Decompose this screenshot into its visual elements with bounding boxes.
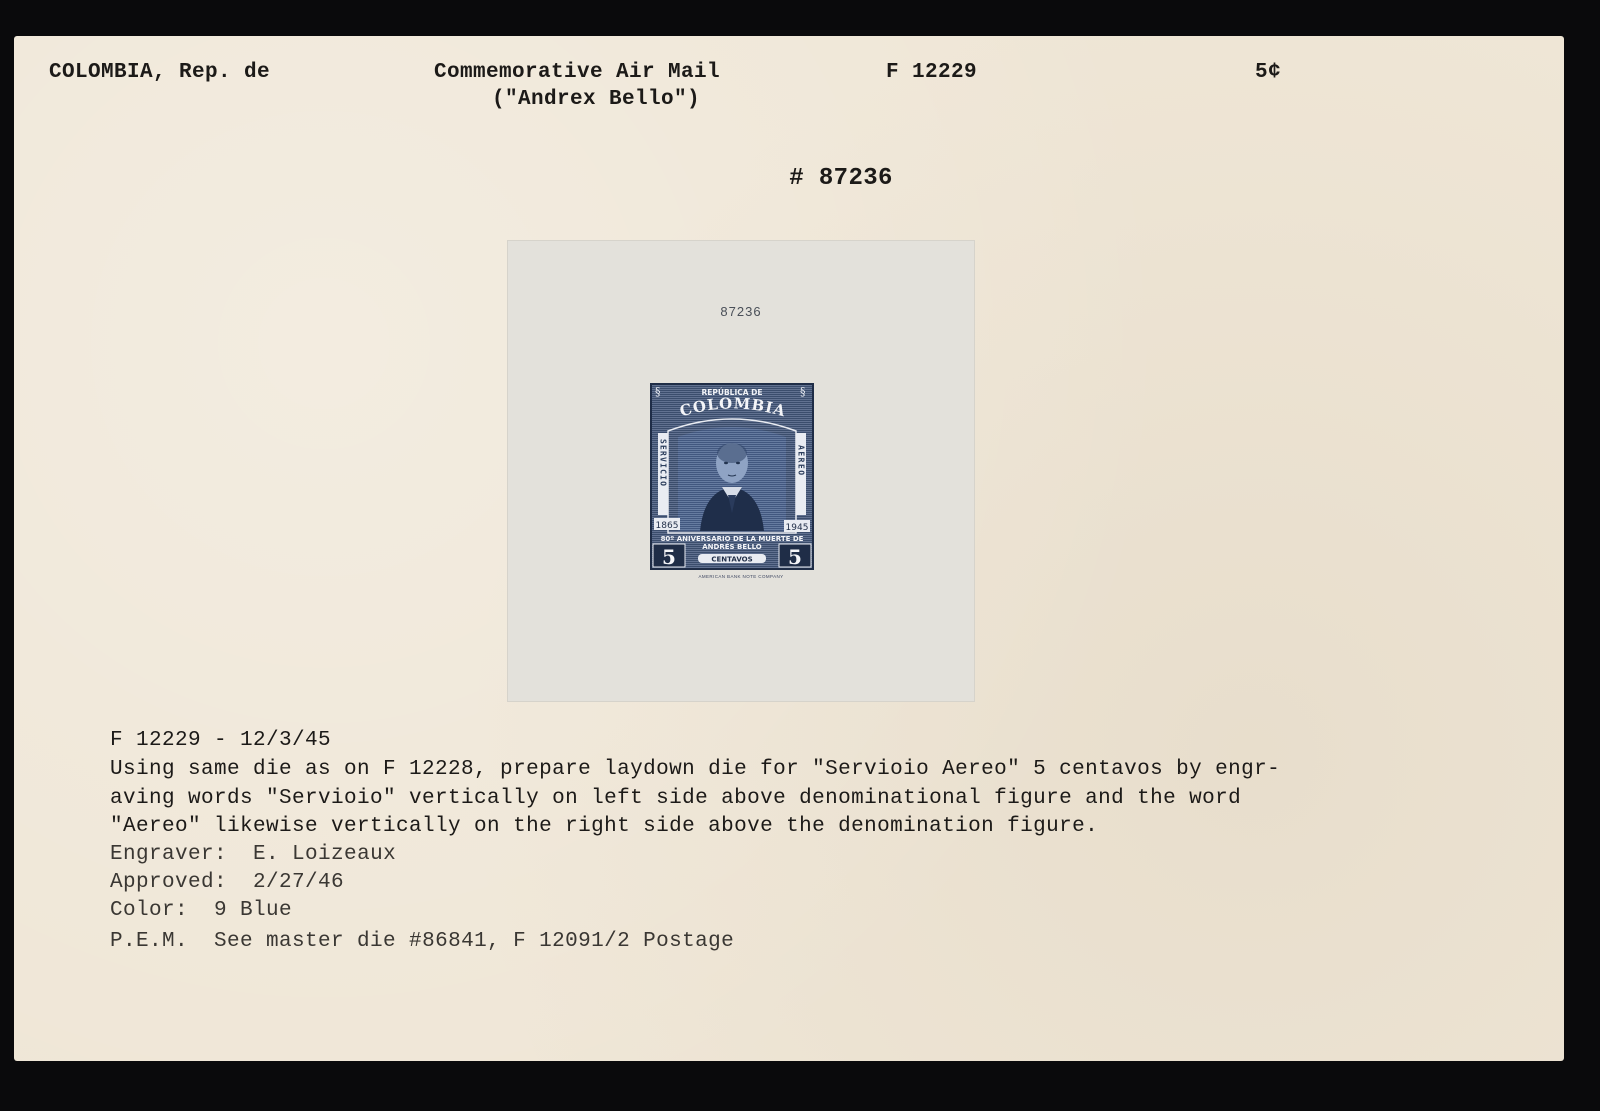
notes-line-3: "Aereo" likewise vertically on the right… [110,816,1098,837]
sheet-number: 87236 [507,304,975,319]
color-line: Color: 9 Blue [110,900,292,921]
approved-value: 2/27/46 [253,871,344,894]
color-value: 9 Blue [214,899,292,922]
approved-line: Approved: 2/27/46 [110,872,344,893]
pem-label: P.E.M. [110,930,188,953]
svg-text:1865: 1865 [656,521,679,531]
color-label: Color: [110,899,188,922]
engraver-label: Engraver: [110,843,227,866]
svg-text:1945: 1945 [786,523,809,533]
notes-line-2: aving words "Servioio" vertically on lef… [110,788,1241,809]
svg-text:AEREO: AEREO [797,445,806,477]
engraver-line: Engraver: E. Loizeaux [110,844,396,865]
hash-mark: # [789,165,804,192]
die-number: 87236 [819,165,893,192]
die-proof-sheet: 87236 § § REP [507,240,975,702]
printer-imprint: AMERICAN BANK NOTE COMPANY [507,574,975,579]
svg-text:5: 5 [662,545,676,569]
svg-text:CENTAVOS: CENTAVOS [711,556,752,564]
die-number-line: # 87236 [730,143,893,215]
issue-subtitle: ("Andrex Bello") [492,89,700,110]
corner-ornament-icon: § [655,385,661,398]
denomination-label: 5¢ [1255,62,1281,83]
svg-text:SERVICIO: SERVICIO [659,439,668,487]
engraver-value: E. Loizeaux [253,843,396,866]
pem-line: P.E.M. See master die #86841, F 12091/2 … [110,931,734,952]
pem-value: See master die #86841, F 12091/2 Postage [214,930,734,953]
archive-card: COLOMBIA, Rep. de Commemorative Air Mail… [14,36,1564,1061]
svg-text:ANDRÉS BELLO: ANDRÉS BELLO [702,542,762,551]
country-label: COLOMBIA, Rep. de [49,62,270,83]
notes-heading: F 12229 - 12/3/45 [110,730,331,751]
issue-title: Commemorative Air Mail [434,62,720,83]
svg-text:5: 5 [788,545,802,569]
svg-text:80º ANIVERSARIO DE LA MUERTE D: 80º ANIVERSARIO DE LA MUERTE DE [661,535,804,543]
file-number: F 12229 [886,62,977,83]
stamp-image: § § REPÚBLICA DE COLOMBIA [650,383,814,570]
svg-text:§: § [800,385,806,398]
approved-label: Approved: [110,871,227,894]
notes-line-1: Using same die as on F 12228, prepare la… [110,759,1280,780]
